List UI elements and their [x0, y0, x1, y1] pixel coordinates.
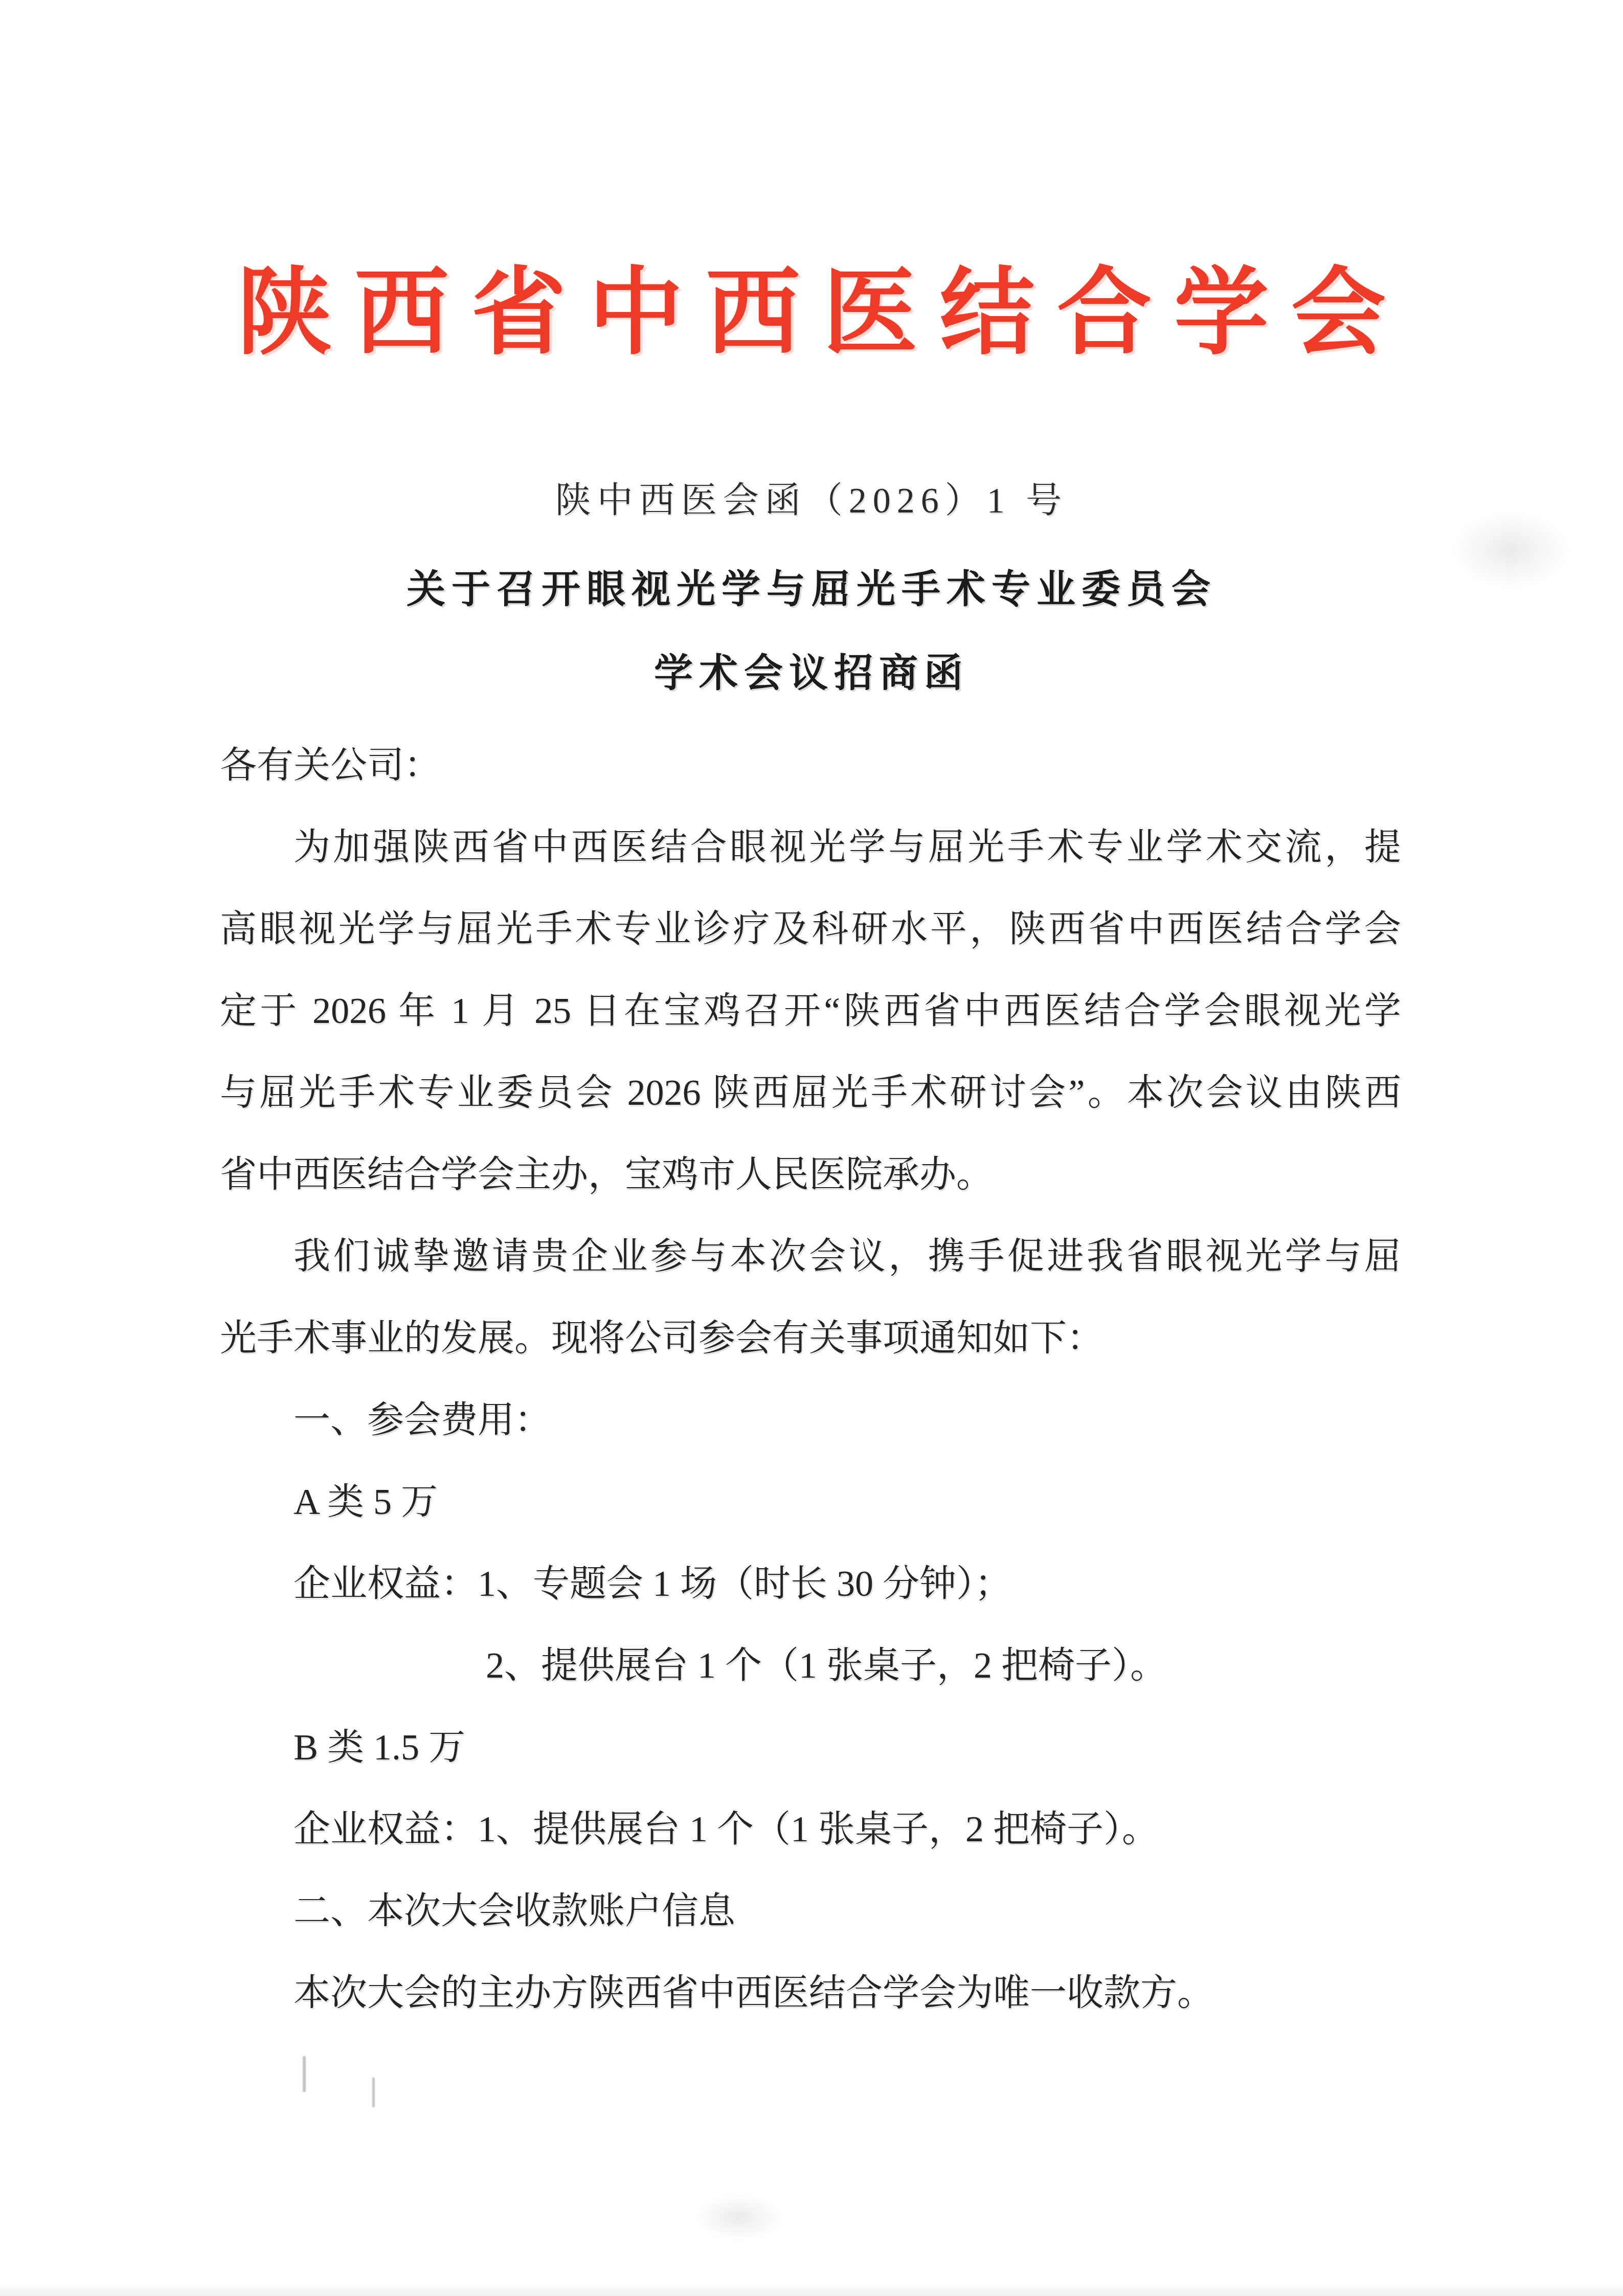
section-1-heading: 一、参会费用： — [220, 1379, 1401, 1461]
letter-body: 各有关公司： 为加强陕西省中西医结合眼视光学与屈光手术专业学术交流，提 高眼视光… — [220, 724, 1401, 2034]
para-invite-line-2: 光手术事业的发展。现将公司参会有关事项通知如下： — [220, 1297, 1401, 1379]
class-b-benefit-line: 企业权益：1、提供展台 1 个（1 张桌子，2 把椅子）。 — [220, 1788, 1401, 1870]
document-title-line-1: 关于召开眼视光学与屈光手术专业委员会 — [0, 567, 1623, 613]
scan-speck — [303, 2056, 306, 2092]
scan-edge-artifact — [0, 2283, 1623, 2296]
fee-class-b: B 类 1.5 万 — [220, 1706, 1401, 1788]
scan-speck — [372, 2078, 375, 2107]
para-intro-line-5: 省中西医结合学会主办，宝鸡市人民医院承办。 — [220, 1133, 1401, 1215]
scan-smudge — [695, 2194, 782, 2240]
document-number: 陕中西医会函（2026）1 号 — [0, 480, 1623, 523]
payee-note-line: 本次大会的主办方陕西省中西医结合学会为唯一收款方。 — [220, 1952, 1401, 2034]
class-a-benefit-line-2: 2、提供展台 1 个（1 张桌子，2 把椅子）。 — [220, 1624, 1401, 1706]
salutation-line: 各有关公司： — [220, 724, 1401, 806]
para-intro-line-2: 高眼视光学与屈光手术专业诊疗及科研水平，陕西省中西医结合学会 — [220, 888, 1401, 970]
document-title-line-2: 学术会议招商函 — [0, 651, 1623, 697]
class-a-benefit-line-1: 企业权益：1、专题会 1 场（时长 30 分钟）； — [220, 1543, 1401, 1624]
fee-class-a: A 类 5 万 — [220, 1461, 1401, 1543]
para-invite-line-1: 我们诚挚邀请贵企业参与本次会议，携手促进我省眼视光学与屈 — [220, 1215, 1401, 1297]
scanned-letter-page: 陕西省中西医结合学会 陕中西医会函（2026）1 号 关于召开眼视光学与屈光手术… — [0, 0, 1623, 2296]
letterhead-org-title: 陕西省中西医结合学会 — [11, 260, 1623, 369]
section-2-heading: 二、本次大会收款账户信息 — [220, 1870, 1401, 1952]
para-intro-line-4: 与屈光手术专业委员会 2026 陕西屈光手术研讨会”。本次会议由陕西 — [220, 1052, 1401, 1133]
para-intro-line-1: 为加强陕西省中西医结合眼视光学与屈光手术专业学术交流，提 — [220, 806, 1401, 888]
para-intro-line-3: 定于 2026 年 1 月 25 日在宝鸡召开“陕西省中西医结合学会眼视光学 — [220, 970, 1401, 1052]
